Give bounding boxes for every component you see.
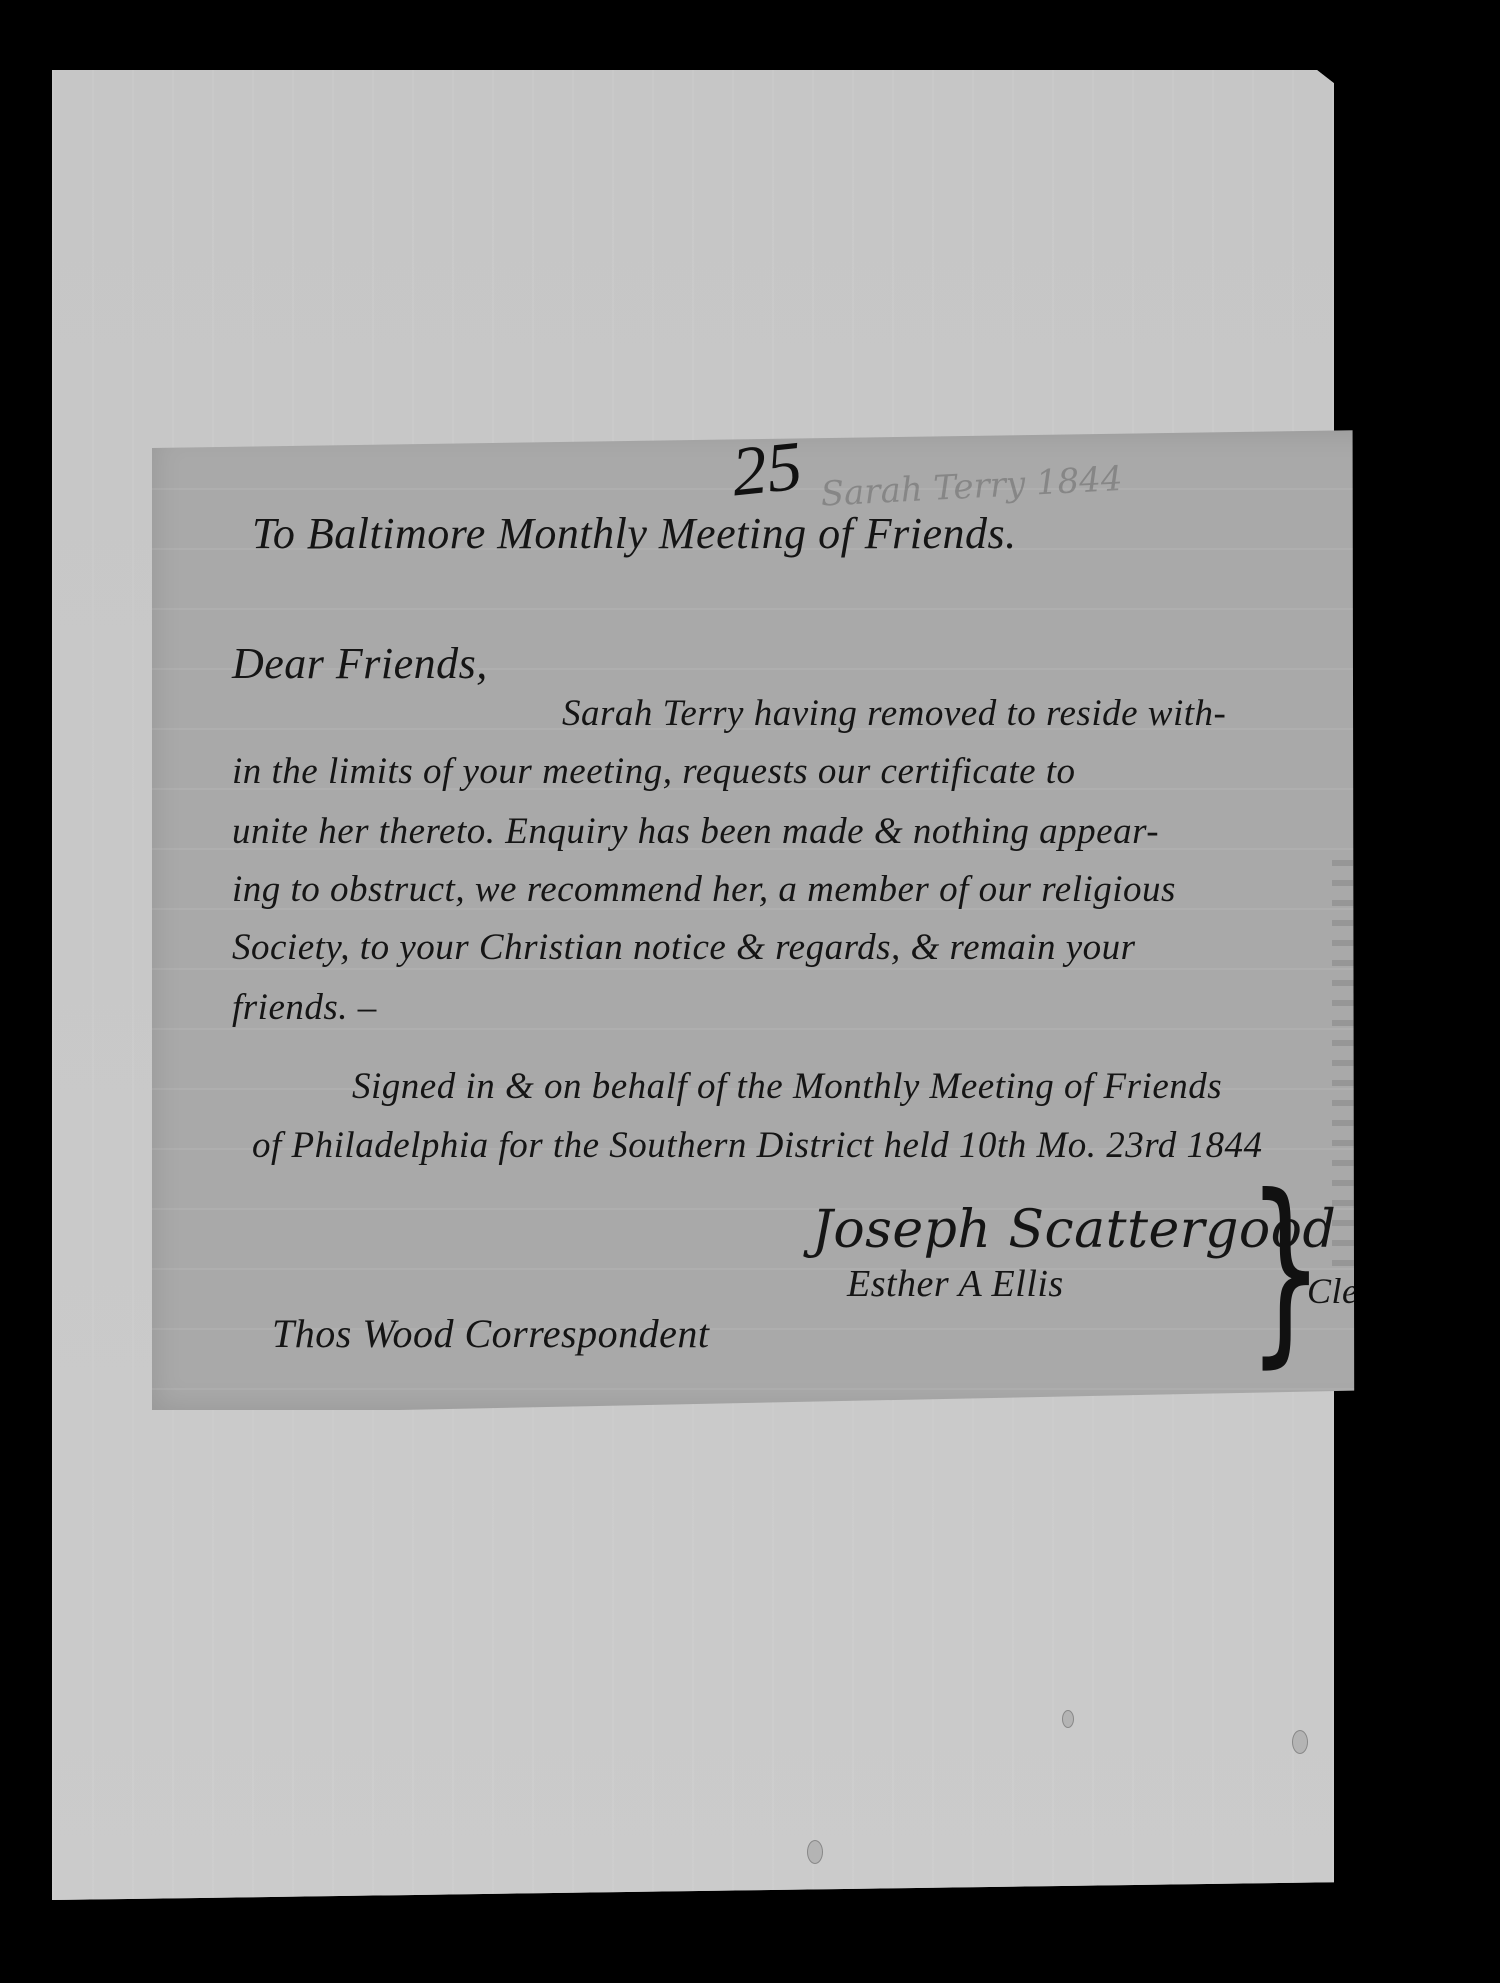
binding-hole: [1062, 1710, 1074, 1728]
body-line: Society, to your Christian notice & rega…: [232, 926, 1136, 969]
salutation: Dear Friends,: [232, 638, 488, 689]
body-line: friends. –: [232, 986, 377, 1029]
body-line: in the limits of your meeting, requests …: [232, 750, 1076, 793]
signature-role: Clerks: [1307, 1270, 1404, 1312]
binding-hole: [1292, 1730, 1308, 1754]
archive-sheet: Sarah Terry 1844 25 To Baltimore Monthly…: [52, 70, 1334, 1932]
folio-number: 25: [728, 427, 806, 514]
correspondent-line: Thos Wood Correspondent: [272, 1310, 709, 1357]
letter-certificate: Sarah Terry 1844 25 To Baltimore Monthly…: [152, 430, 1384, 1410]
signed-line: Signed in & on behalf of the Monthly Mee…: [352, 1065, 1222, 1108]
body-line: ing to obstruct, we recommend her, a mem…: [232, 868, 1176, 911]
fold-marks: [1332, 860, 1372, 1280]
signed-line: of Philadelphia for the Southern Distric…: [252, 1124, 1263, 1167]
signature-esther-ellis: Esther A Ellis: [847, 1262, 1064, 1306]
addressee-line: To Baltimore Monthly Meeting of Friends.: [252, 508, 1017, 559]
body-line: Sarah Terry having removed to reside wit…: [562, 692, 1226, 735]
ruled-lines: [152, 430, 1384, 1410]
binding-hole: [807, 1840, 823, 1864]
body-line: unite her thereto. Enquiry has been made…: [232, 810, 1159, 853]
